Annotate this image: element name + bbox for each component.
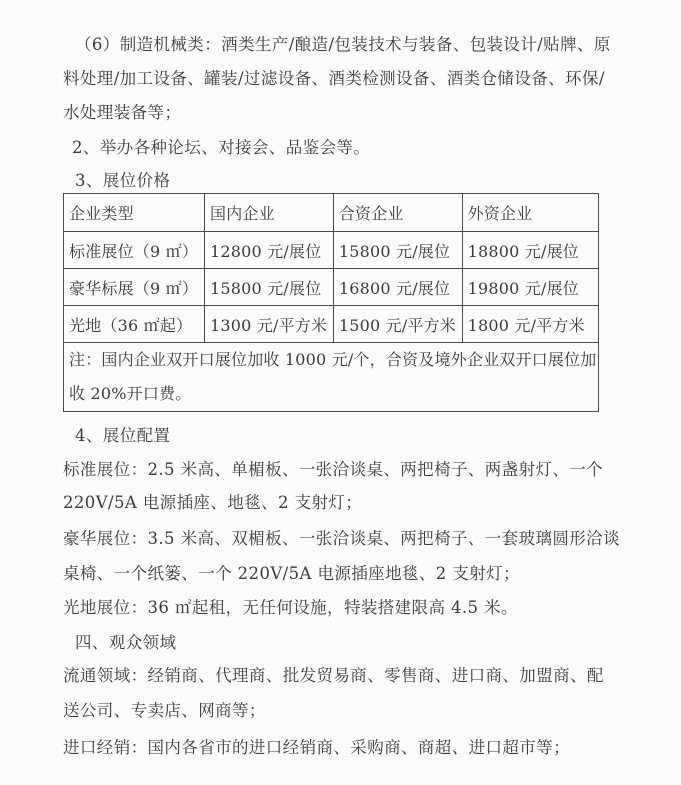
- text-line: 豪华展位：3.5 米高、双楣板、一张洽谈桌、两把椅子、一套玻璃圆形洽谈: [63, 522, 623, 557]
- price-table-header-cell: 外资企业: [462, 194, 599, 232]
- text-line: 标准展位：2.5 米高、单楣板、一张洽谈桌、两把椅子、两盏射灯、一个: [63, 453, 623, 486]
- text-line: 2、举办各种论坛、对接会、品鉴会等。: [63, 131, 623, 165]
- price-table-row-deluxe: 豪华标展（9 ㎡） 15800 元/展位 16800 元/展位 19800 元/…: [64, 269, 599, 306]
- text-line: 流通领域：经销商、代理商、批发贸易商、零售商、进口商、加盟商、配: [63, 659, 623, 694]
- price-table-header-cell: 国内企业: [205, 194, 334, 232]
- text-line: 进口经销：国内各省市的进口经销商、采购商、商超、进口超市等；: [63, 731, 623, 765]
- price-table-cell: 1800 元/平方米: [462, 306, 599, 343]
- price-table-cell: 15800 元/展位: [333, 232, 462, 269]
- para-circulation: 流通领域：经销商、代理商、批发贸易商、零售商、进口商、加盟商、配 送公司、专卖店…: [63, 659, 623, 728]
- price-table-note-row: 注：国内企业双开口展位加收 1000 元/个，合资及境外企业双开口展位加 收 2…: [64, 343, 599, 412]
- text-line: 220V/5A 电源插座、地毯、2 支射灯；: [63, 486, 623, 519]
- price-table-cell: 1500 元/平方米: [333, 306, 462, 343]
- text-line: 收 20%开口费。: [69, 377, 596, 411]
- text-line: 4、展位配置: [63, 419, 623, 453]
- para-deluxe-booth: 豪华展位：3.5 米高、双楣板、一张洽谈桌、两把椅子、一套玻璃圆形洽谈 桌椅、一…: [63, 522, 623, 591]
- price-table-cell: 15800 元/展位: [205, 269, 334, 306]
- price-table-cell: 16800 元/展位: [333, 269, 462, 306]
- text-line: 桌椅、一个纸篓、一个 220V/5A 电源插座地毯、2 支射灯；: [63, 557, 623, 592]
- price-table-row-rawspace: 光地（36 ㎡起） 1300 元/平方米 1500 元/平方米 1800 元/平…: [64, 306, 599, 343]
- price-table-note: 注：国内企业双开口展位加收 1000 元/个，合资及境外企业双开口展位加 收 2…: [64, 343, 599, 412]
- heading-audience: 四、观众领域: [63, 626, 623, 660]
- price-table-cell: 标准展位（9 ㎡）: [64, 232, 205, 269]
- price-table: 企业类型 国内企业 合资企业 外资企业 标准展位（9 ㎡） 12800 元/展位…: [63, 193, 599, 412]
- price-table-header-row: 企业类型 国内企业 合资企业 外资企业: [64, 194, 599, 232]
- price-table-cell: 1300 元/平方米: [205, 306, 334, 343]
- text-line: 料处理/加工设备、罐装/过滤设备、酒类检测设备、酒类仓储设备、环保/: [63, 62, 623, 96]
- text-line: 光地展位：36 ㎡起租，无任何设施，特装搭建限高 4.5 米。: [63, 591, 623, 625]
- text-line: 水处理装备等；: [63, 96, 623, 130]
- text-line: （6）制造机械类：酒类生产/酿造/包装技术与装备、包装设计/贴牌、原: [63, 28, 623, 62]
- price-table-cell: 12800 元/展位: [205, 232, 334, 269]
- price-table-header-cell: 企业类型: [64, 194, 205, 232]
- para-machinery: （6）制造机械类：酒类生产/酿造/包装技术与装备、包装设计/贴牌、原 料处理/加…: [63, 28, 623, 130]
- para-import-distribution: 进口经销：国内各省市的进口经销商、采购商、商超、进口超市等；: [63, 731, 623, 765]
- price-table-cell: 18800 元/展位: [462, 232, 599, 269]
- item-forums: 2、举办各种论坛、对接会、品鉴会等。: [63, 131, 623, 165]
- heading-booth-config: 4、展位配置: [63, 419, 623, 453]
- para-standard-booth: 标准展位：2.5 米高、单楣板、一张洽谈桌、两把椅子、两盏射灯、一个 220V/…: [63, 453, 623, 519]
- text-line: 送公司、专卖店、网商等；: [63, 694, 623, 729]
- para-rawspace-booth: 光地展位：36 ㎡起租，无任何设施，特装搭建限高 4.5 米。: [63, 591, 623, 625]
- text-line: 注：国内企业双开口展位加收 1000 元/个，合资及境外企业双开口展位加: [69, 343, 596, 377]
- price-table-cell: 19800 元/展位: [462, 269, 599, 306]
- price-table-row-standard: 标准展位（9 ㎡） 12800 元/展位 15800 元/展位 18800 元/…: [64, 232, 599, 269]
- price-table-cell: 光地（36 ㎡起）: [64, 306, 205, 343]
- price-table-cell: 豪华标展（9 ㎡）: [64, 269, 205, 306]
- text-line: 四、观众领域: [63, 626, 623, 660]
- scanned-document-page: （6）制造机械类：酒类生产/酿造/包装技术与装备、包装设计/贴牌、原 料处理/加…: [0, 0, 681, 785]
- price-table-header-cell: 合资企业: [333, 194, 462, 232]
